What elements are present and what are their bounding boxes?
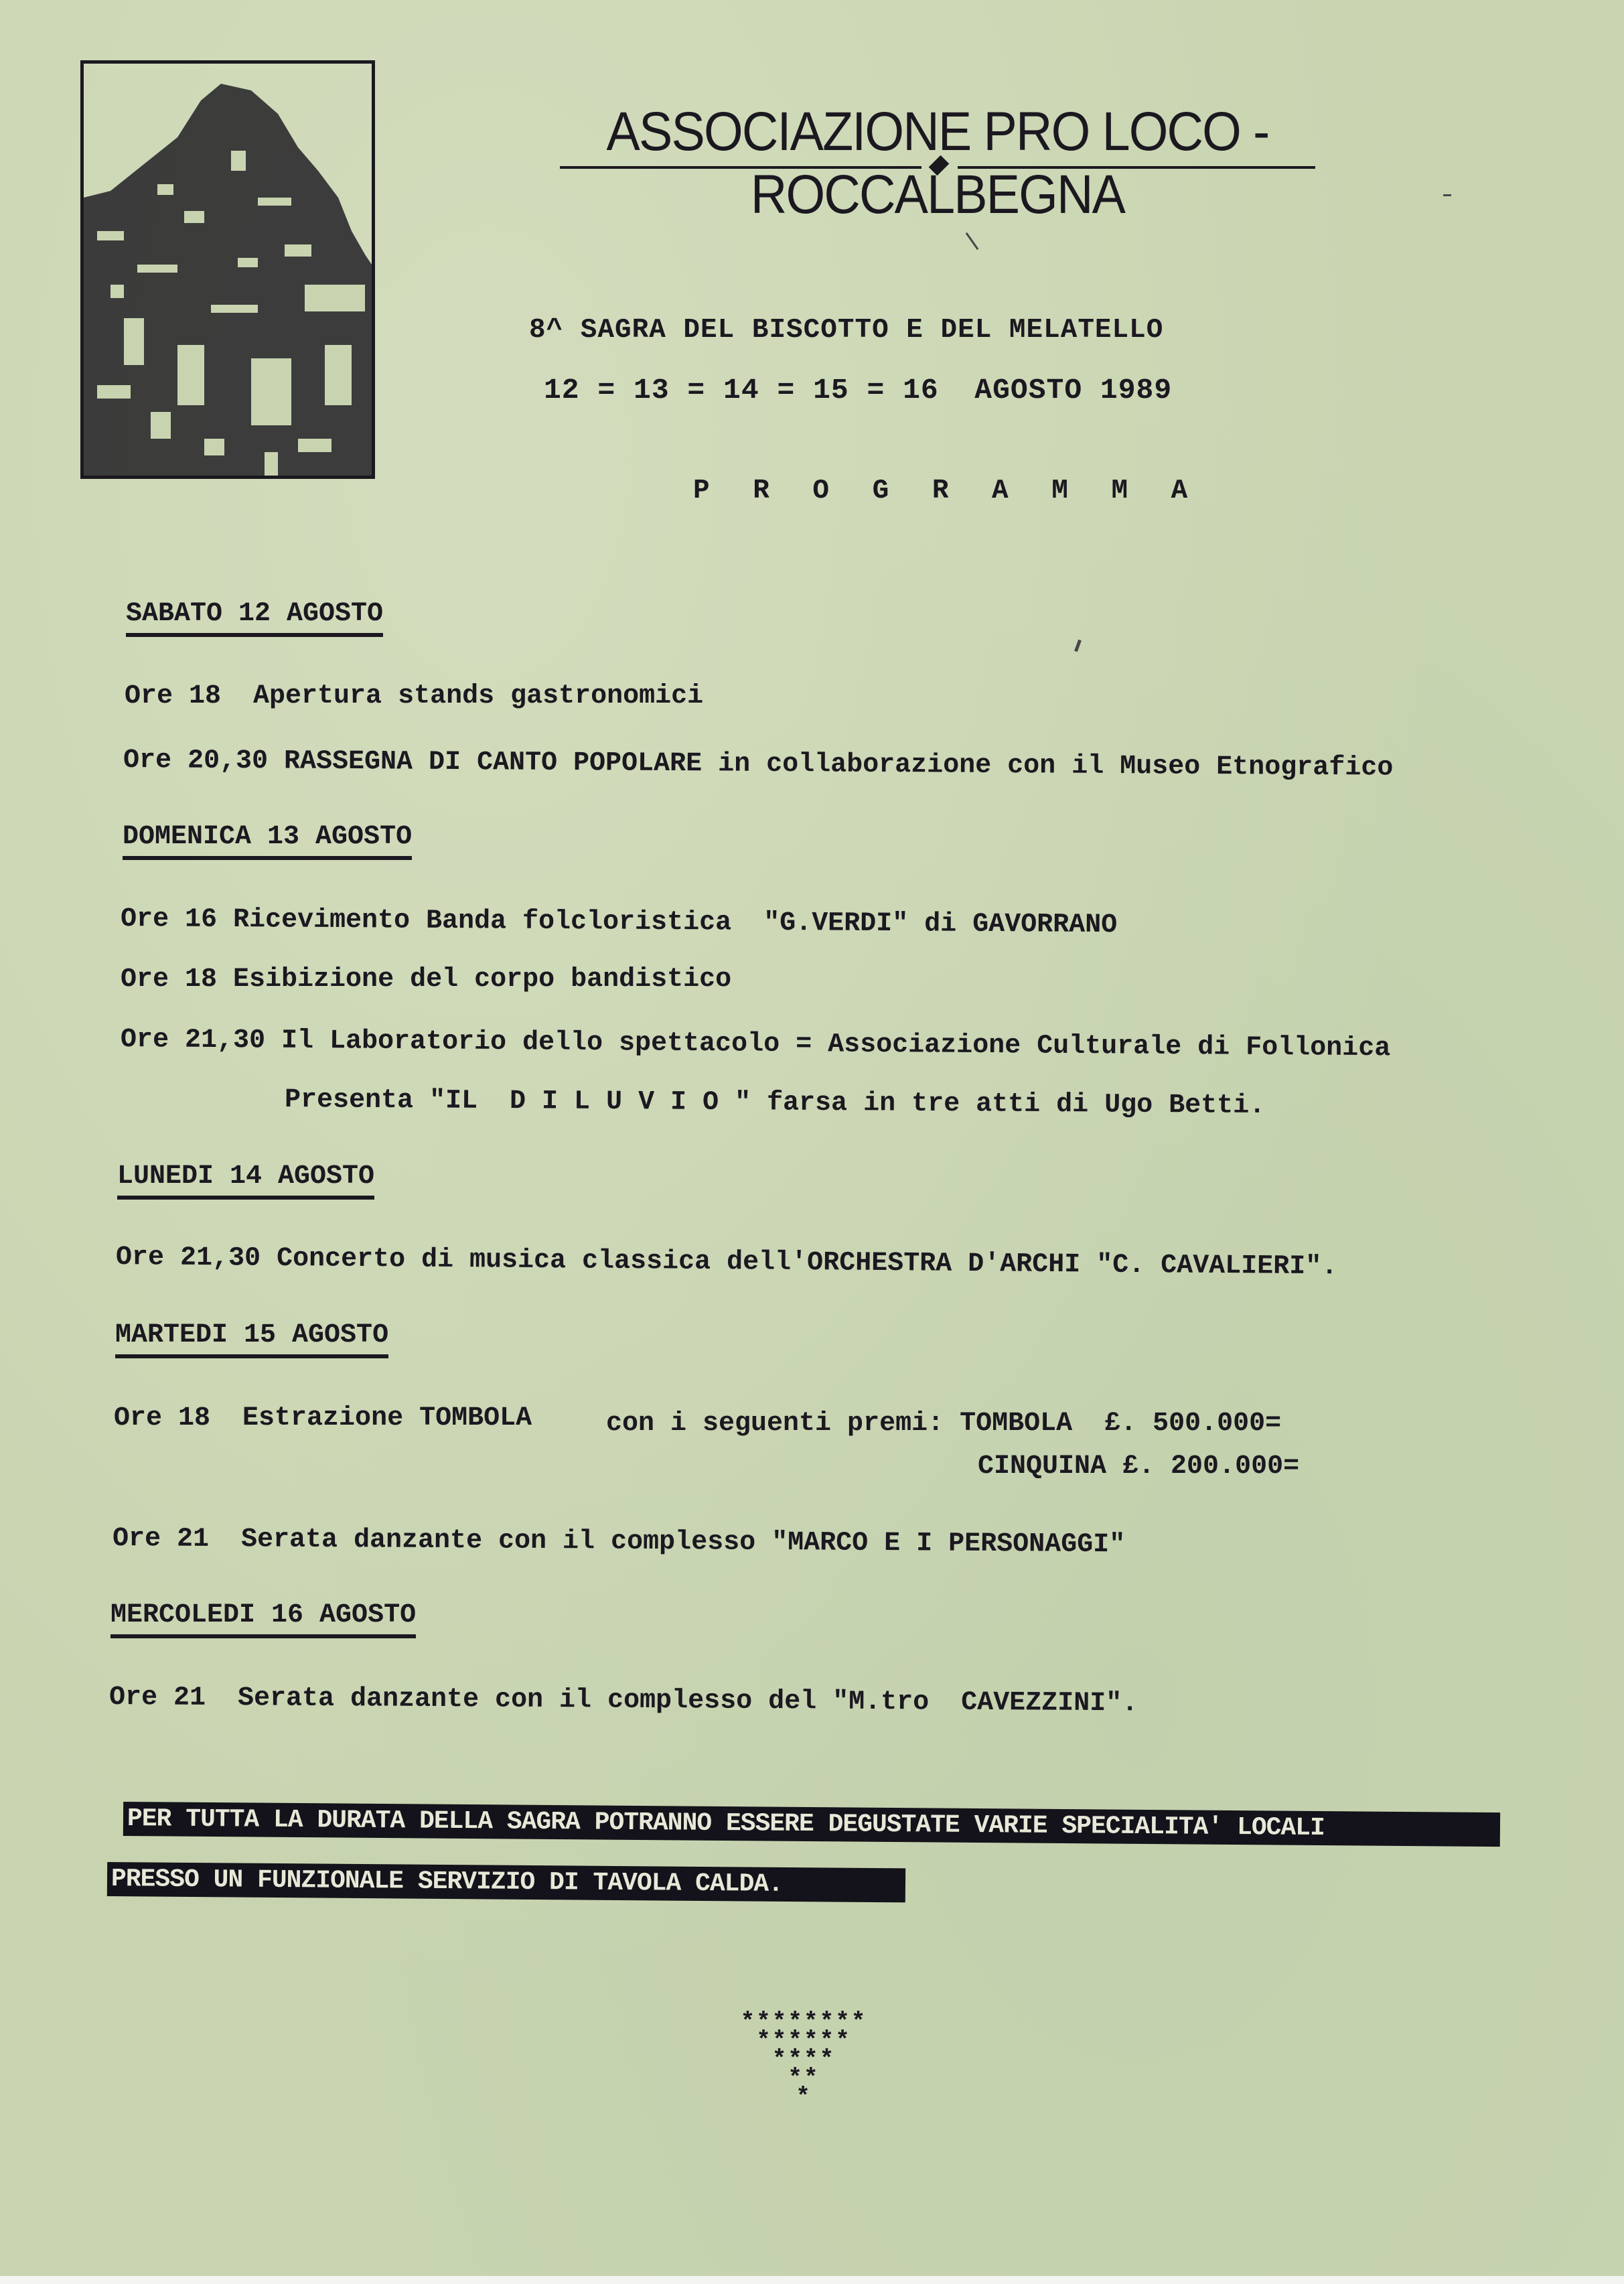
- prize-tombola: con i seguenti premi: TOMBOLA £. 500.000…: [606, 1409, 1281, 1439]
- program-item: Ore 16 Ricevimento Banda folcloristica "…: [121, 904, 1117, 940]
- program-item: Ore 21 Serata danzante con il complesso …: [113, 1524, 1125, 1560]
- scan-edge: [0, 2276, 1624, 2284]
- program-item: Ore 18 Esibizione del corpo bandistico: [121, 965, 731, 995]
- day-heading-lunedi: LUNEDI 14 AGOSTO: [117, 1162, 374, 1200]
- star-row: *: [737, 2088, 871, 2107]
- rocky-village-icon: [84, 64, 372, 476]
- paper-speck: [1443, 194, 1451, 196]
- event-title: 8^ SAGRA DEL BISCOTTO E DEL MELATELLO: [529, 315, 1163, 346]
- program-heading: P R O G R A M M A: [693, 476, 1201, 506]
- program-item: Ore 21 Serata danzante con il complesso …: [109, 1683, 1138, 1719]
- program-item: Ore 18 Estrazione TOMBOLA: [114, 1403, 532, 1433]
- header-divider-right: [958, 166, 1315, 169]
- logo-illustration: [80, 60, 375, 479]
- day-heading-martedi: MARTEDI 15 AGOSTO: [115, 1321, 388, 1358]
- prize-cinquina: CINQUINA £. 200.000=: [978, 1451, 1299, 1482]
- program-item: Ore 18 Apertura stands gastronomici: [125, 681, 703, 711]
- day-heading-domenica: DOMENICA 13 AGOSTO: [123, 823, 412, 860]
- asterisk-triangle-ornament: ******** ****** **** ** *: [737, 2013, 871, 2107]
- notice-banner-line2: PRESSO UN FUNZIONALE SERVIZIO DI TAVOLA …: [107, 1862, 905, 1902]
- header-divider-left: [560, 166, 921, 169]
- day-heading-sabato: SABATO 12 AGOSTO: [126, 599, 383, 637]
- event-dates: 12 = 13 = 14 = 15 = 16 AGOSTO 1989: [544, 374, 1172, 407]
- program-item: Presenta "IL D I L U V I O " farsa in tr…: [285, 1085, 1265, 1121]
- day-heading-mercoledi: MERCOLEDI 16 AGOSTO: [110, 1601, 416, 1638]
